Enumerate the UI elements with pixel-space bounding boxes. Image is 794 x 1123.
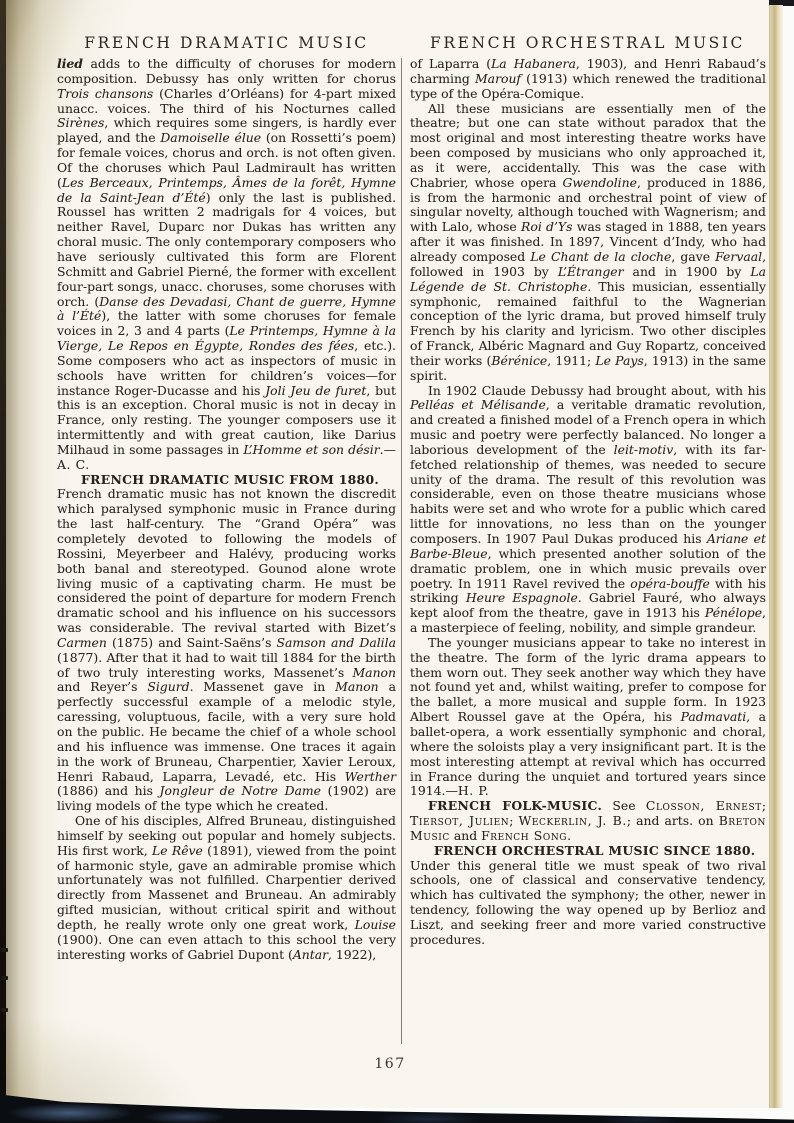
article-heading: FRENCH ORCHESTRAL MUSIC SINCE 1880. [410, 844, 766, 859]
paragraph: FRENCH FOLK-MUSIC. See Closson, Ernest; … [410, 799, 766, 844]
page-edge-right [769, 5, 783, 1108]
paragraph: One of his disciples, Alfred Bruneau, di… [57, 814, 396, 962]
right-text-column: of Laparra (La Habanera, 1903), and Henr… [410, 57, 766, 948]
running-head-left: FRENCH DRAMATIC MUSIC [57, 34, 396, 54]
paragraph: All these musicians are essentially men … [410, 102, 766, 384]
page-number: 167 [300, 1056, 480, 1072]
left-text-column: lied adds to the difficulty of choruses … [57, 57, 396, 962]
page-edge-mark [1, 976, 8, 980]
column-rule [401, 58, 402, 1044]
paragraph: FRENCH ORCHESTRAL MUSIC SINCE 1880.Under… [410, 844, 766, 948]
article-heading: FRENCH DRAMATIC MUSIC FROM 1880. [57, 473, 396, 488]
running-head-right: FRENCH ORCHESTRAL MUSIC [409, 34, 766, 54]
paragraph: The younger musicians appear to take no … [410, 636, 766, 799]
paragraph: FRENCH DRAMATIC MUSIC FROM 1880.French d… [57, 473, 396, 814]
page-edge-mark [1, 1008, 8, 1012]
paragraph: In 1902 Claude Debussy had brought about… [410, 384, 766, 636]
paragraph: lied adds to the difficulty of choruses … [57, 57, 396, 473]
page-edge-mark [1, 948, 8, 952]
paragraph: of Laparra (La Habanera, 1903), and Henr… [410, 57, 766, 102]
